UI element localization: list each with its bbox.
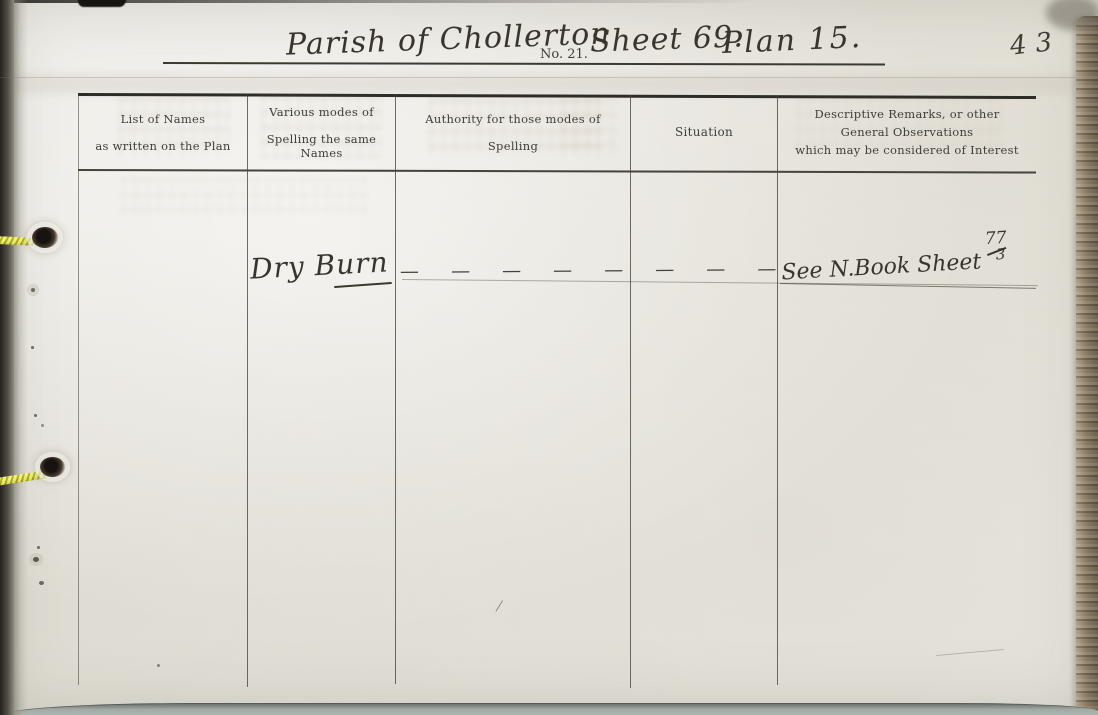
column-divider xyxy=(395,95,396,684)
heading-plan: Plan 15. xyxy=(721,20,863,61)
column-header-line: as written on the Plan xyxy=(95,132,230,159)
column-header-line: which may be considered of Interest xyxy=(795,141,1019,159)
heading-underline xyxy=(163,62,885,65)
ink-speck xyxy=(39,581,44,585)
table-left-border xyxy=(78,95,79,685)
book-page-stack-edge xyxy=(1076,16,1098,715)
punch-hole-top xyxy=(32,227,58,248)
faint-scratch xyxy=(936,649,1004,656)
fraction-denominator: 3 xyxy=(995,245,1006,264)
entry-flourish-stroke xyxy=(334,282,392,288)
top-right-corner-shadow xyxy=(1046,0,1098,30)
heading-number: No. 21. xyxy=(540,47,588,62)
column-header-authority: Authority for those modes of Spelling xyxy=(396,96,630,168)
column-header-line: Various modes of xyxy=(269,98,374,125)
entry-spelling-dry-burn: Dry Burn xyxy=(249,245,389,285)
column-header-line: Spelling xyxy=(488,132,538,159)
column-divider xyxy=(247,95,248,687)
column-header-situation: Situation xyxy=(631,96,777,168)
entry-remark-fraction: 773 xyxy=(985,237,1015,269)
book-binding-edge xyxy=(0,0,14,715)
entry-remark: See N.Book Sheet773 xyxy=(780,237,1015,286)
column-header-line: List of Names xyxy=(121,105,206,132)
column-header-line: General Observations xyxy=(841,123,974,141)
column-header-line: Authority for those modes of xyxy=(425,105,600,132)
page-top-ink-blot xyxy=(78,0,126,7)
name-book-page-scan: Parish of Chollerton No. 21. Sheet 69. P… xyxy=(0,0,1098,715)
column-header-spelling-modes: Various modes of Spelling the same Names xyxy=(248,96,395,168)
binding-shadow xyxy=(14,0,28,715)
ink-speck xyxy=(31,346,34,349)
column-divider xyxy=(630,95,631,688)
column-header-line: Spelling the same Names xyxy=(248,125,395,166)
table-header-bottom-rule xyxy=(78,169,1036,173)
column-header-remarks: Descriptive Remarks, or other General Ob… xyxy=(778,96,1036,168)
column-header-line: Descriptive Remarks, or other xyxy=(814,105,999,123)
bleed-through-smudge xyxy=(120,178,368,216)
entry-ditto-dashes: — — — — — — — — xyxy=(400,258,776,283)
column-header-line: Situation xyxy=(675,125,733,139)
page-bottom-edge xyxy=(0,703,1098,715)
punch-hole-bottom xyxy=(40,457,65,477)
ink-speck xyxy=(157,664,160,667)
ink-speck xyxy=(37,546,40,549)
pencil-tick-mark xyxy=(489,599,503,611)
column-header-names: List of Names as written on the Plan xyxy=(79,96,247,168)
folio-number: 43 xyxy=(1009,26,1063,61)
bleed-through-rule xyxy=(0,77,1098,78)
ink-speck xyxy=(31,288,35,292)
column-divider xyxy=(777,95,778,685)
entry-remark-text: See N.Book Sheet xyxy=(781,249,982,285)
ink-speck xyxy=(33,557,39,562)
ink-speck xyxy=(41,424,44,427)
ink-speck xyxy=(34,414,37,417)
